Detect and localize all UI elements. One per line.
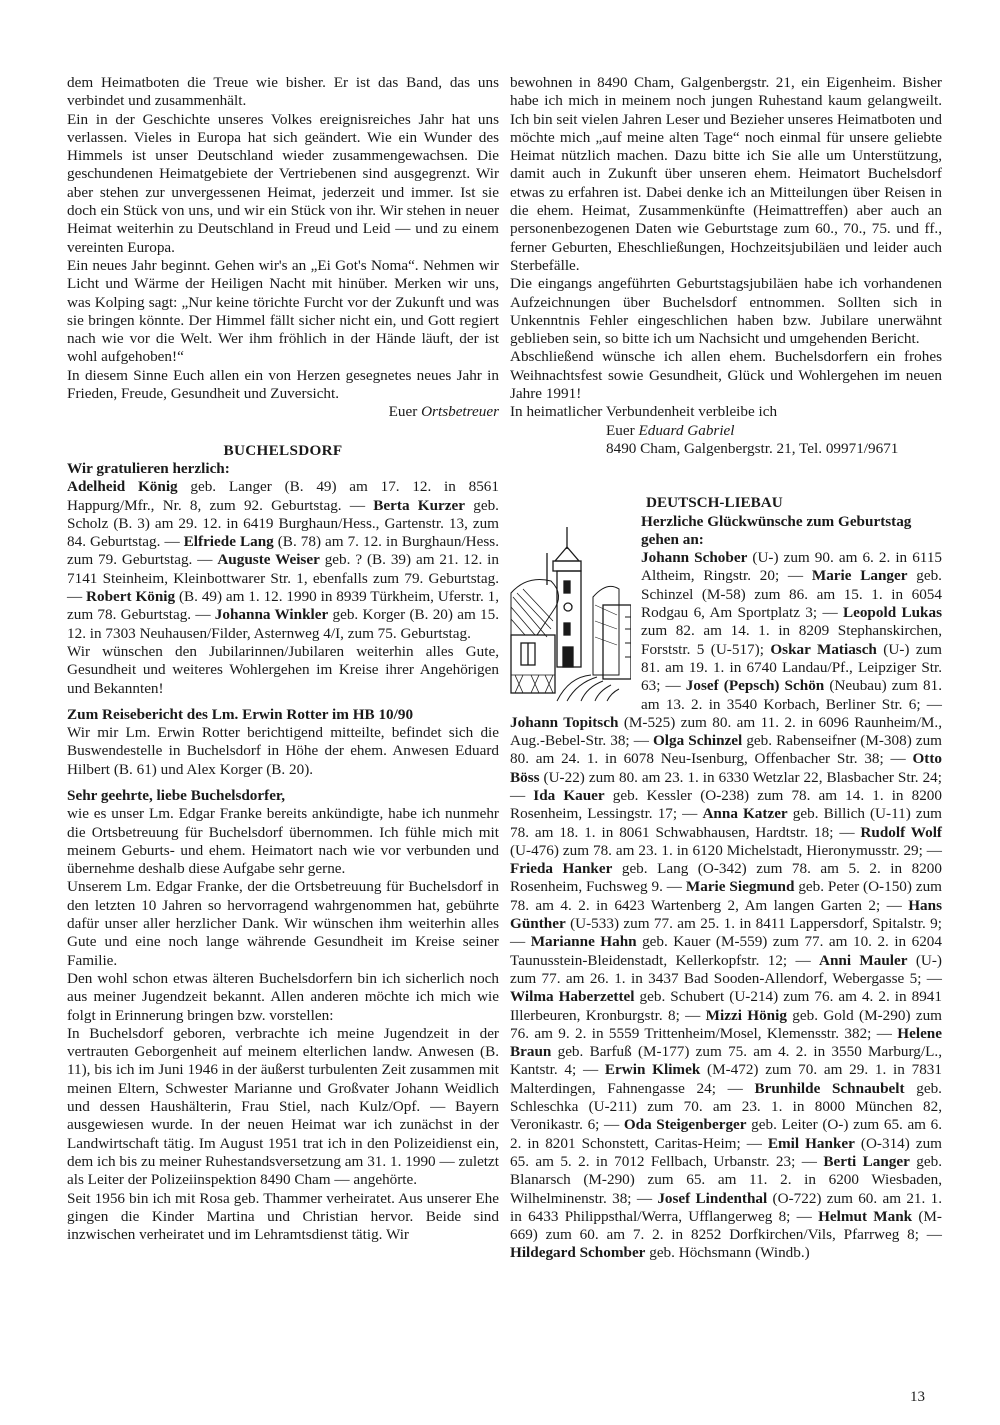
- person-name: Leopold Lukas: [843, 604, 942, 621]
- person-name: Marie Langer: [812, 567, 908, 584]
- person-name: Mizzi Hönig: [706, 1007, 787, 1024]
- entry-text: geb. Höchsmann (Windb.): [645, 1244, 809, 1261]
- right-column: bewohnen in 8490 Cham, Galgenbergstr. 21…: [510, 74, 942, 1263]
- person-name: Erwin Klimek: [605, 1061, 700, 1078]
- person-name: Anna Katzer: [702, 805, 787, 822]
- letter-paragraph: Abschließend wünsche ich allen ehem. Buc…: [510, 348, 942, 403]
- letter-paragraph: bewohnen in 8490 Cham, Galgenbergstr. 21…: [510, 74, 942, 275]
- signature-eduard-gabriel: Euer Eduard Gabriel: [510, 422, 942, 440]
- letter-heading: Sehr geehrte, liebe Buchelsdorfer,: [67, 787, 499, 805]
- travel-report-heading: Zum Reisebericht des Lm. Erwin Rotter im…: [67, 706, 499, 724]
- person-name: Josef (Pepsch) Schön: [686, 677, 824, 694]
- person-name: Berti Langer: [823, 1153, 910, 1170]
- intro-paragraph: dem Heimatboten die Treue wie bisher. Er…: [67, 74, 499, 111]
- church-illustration: [507, 525, 631, 703]
- person-name: Johanna Winkler: [215, 606, 328, 623]
- letter-paragraph: Den wohl schon etwas älteren Buchelsdorf…: [67, 970, 499, 1025]
- person-name: Berta Kurzer: [373, 497, 465, 514]
- letter-paragraph: wie es unser Lm. Edgar Franke bereits an…: [67, 805, 499, 878]
- letter-paragraph: Die eingangs angeführten Geburtstagsjubi…: [510, 275, 942, 348]
- person-name: Frieda Hanker: [510, 860, 612, 877]
- person-name: Anni Mauler: [819, 952, 908, 969]
- person-name: Ida Kauer: [533, 787, 604, 804]
- section-title-buchelsdorf: BUCHELSDORF: [67, 442, 499, 460]
- congrats-heading: Wir gratulieren herzlich:: [67, 460, 499, 478]
- birthday-list-buchelsdorf: Adelheid König geb. Langer (B. 49) am 17…: [67, 478, 499, 643]
- letter-paragraph: Seit 1956 bin ich mit Rosa geb. Thammer …: [67, 1190, 499, 1245]
- intro-paragraph: Ein in der Geschichte unseres Volkes ere…: [67, 111, 499, 257]
- page-number: 13: [910, 1388, 925, 1406]
- person-name: Olga Schinzel: [653, 732, 742, 749]
- intro-paragraph: Ein neues Jahr beginnt. Gehen wir's an „…: [67, 257, 499, 367]
- person-name: Adelheid König: [67, 478, 178, 495]
- entry-text: (U-476) zum 78. am 23. 1. in 6120 Michel…: [510, 842, 942, 859]
- person-name: Auguste Weiser: [217, 551, 319, 568]
- person-name: Marianne Hahn: [531, 933, 637, 950]
- person-name: Oskar Matiasch: [770, 641, 877, 658]
- signature-name: Ortsbetreuer: [421, 403, 499, 420]
- person-name: Oda Steigenberger: [624, 1116, 747, 1133]
- person-name: Johann Topitsch: [510, 714, 618, 731]
- person-name: Brunhilde Schnaubelt: [754, 1080, 904, 1097]
- intro-paragraph: In diesem Sinne Euch allen ein von Herze…: [67, 367, 499, 404]
- person-name: Robert König: [86, 588, 175, 605]
- person-name: Marie Siegmund: [686, 878, 795, 895]
- wishes-paragraph: Wir wünschen den Jubilarinnen/Jubilaren …: [67, 643, 499, 698]
- section-deutsch-liebau: DEUTSCH-LIEBAU: [510, 494, 942, 1262]
- signature-prefix: Euer: [389, 403, 421, 420]
- person-name: Elfriede Lang: [184, 533, 274, 550]
- signature-ortsbetreuer: Euer Ortsbetreuer: [67, 403, 499, 421]
- signature-address: 8490 Cham, Galgenbergstr. 21, Tel. 09971…: [510, 440, 942, 458]
- person-name: Hildegard Schomber: [510, 1244, 645, 1261]
- travel-report-text: Wir mir Lm. Erwin Rotter berichtigend mi…: [67, 724, 499, 779]
- person-name: Wilma Haberzettel: [510, 988, 635, 1005]
- person-name: Emil Hanker: [768, 1135, 855, 1152]
- letter-paragraph: In Buchelsdorf geboren, verbrachte ich m…: [67, 1025, 499, 1190]
- letter-closing: In heimatlicher Verbundenheit verbleibe …: [510, 403, 942, 421]
- signature-name: Eduard Gabriel: [638, 422, 734, 439]
- church-sketch-icon: [507, 525, 631, 703]
- person-name: Helmut Mank: [818, 1208, 912, 1225]
- signature-prefix: Euer: [606, 422, 638, 439]
- person-name: Josef Lindenthal: [657, 1190, 767, 1207]
- person-name: Johann Schober: [641, 549, 747, 566]
- section-title-deutsch-liebau: DEUTSCH-LIEBAU: [510, 494, 942, 512]
- letter-paragraph: Unserem Lm. Edgar Franke, der die Ortsbe…: [67, 878, 499, 969]
- left-column: dem Heimatboten die Treue wie bisher. Er…: [67, 74, 499, 1244]
- person-name: Rudolf Wolf: [860, 824, 942, 841]
